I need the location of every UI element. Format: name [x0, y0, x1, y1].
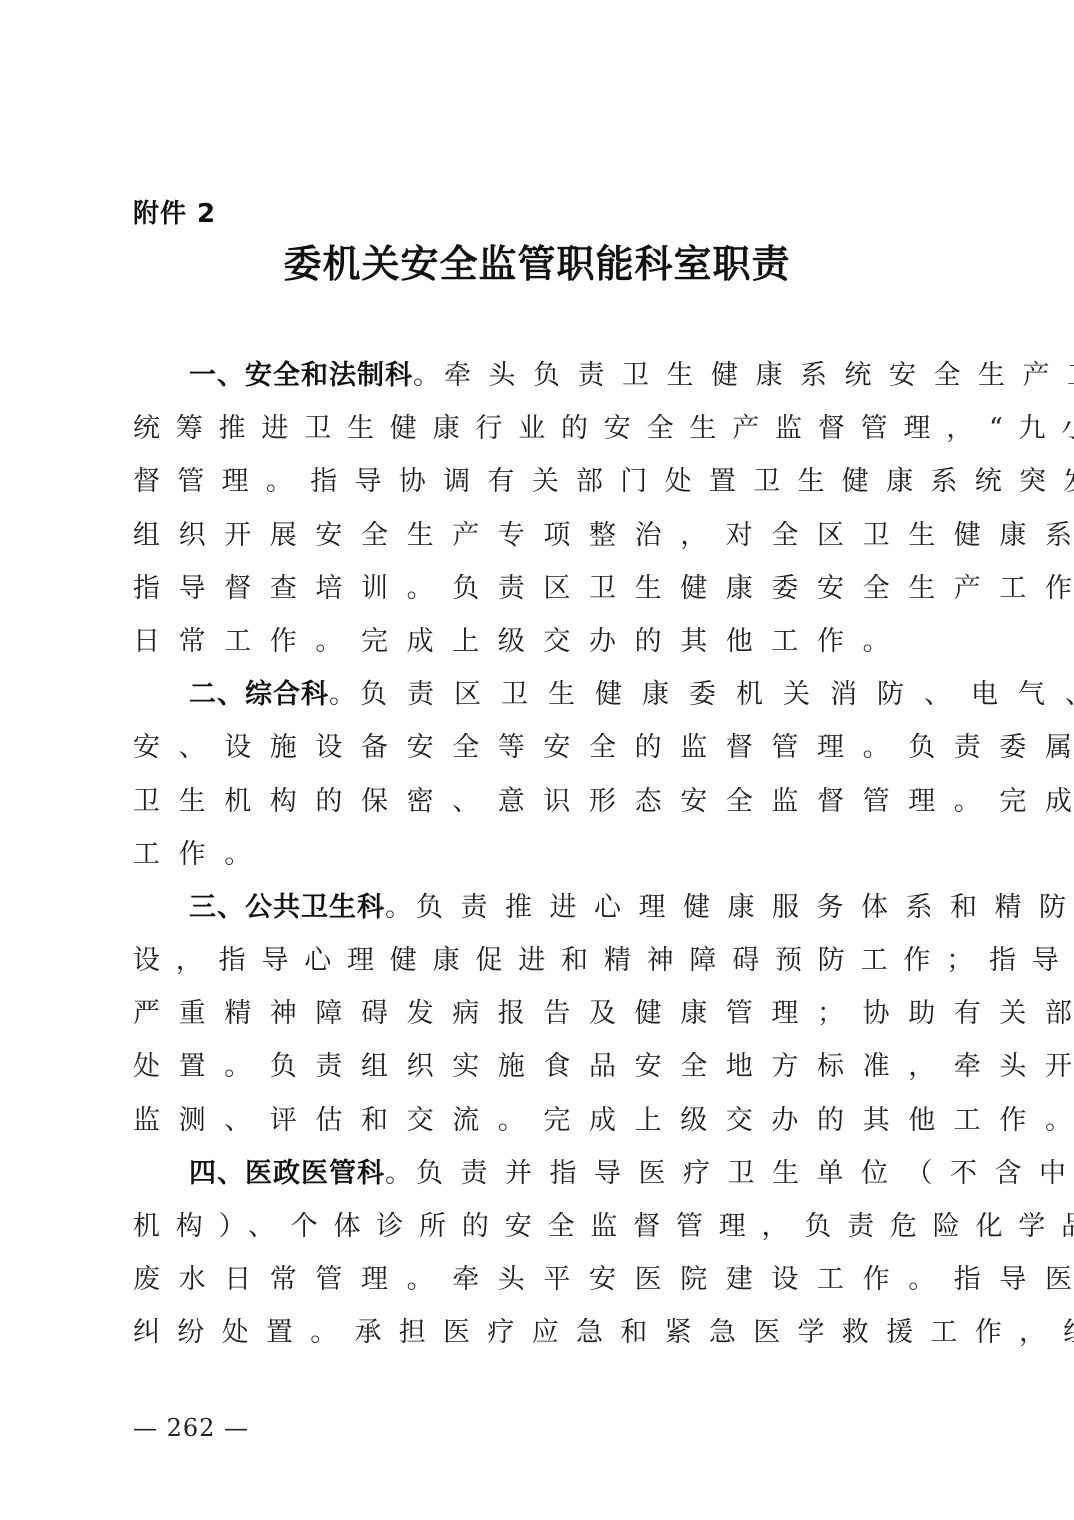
document-page: 附件 2 委机关安全监管职能科室职责 一、安全和法制科。牵头负责卫生健康系统安全… [0, 0, 1074, 1520]
section-1-line-6: 日常工作。完成上级交办的其他工作。 [133, 615, 933, 668]
section-4-line-2: 机构）、个体诊所的安全监督管理，负责危险化学品、医疗废物、 [133, 1200, 933, 1253]
section-3-line-2: 设，指导心理健康促进和精神障碍预防工作；指导精神卫生监测、 [133, 934, 933, 987]
section-1-line-1: 一、安全和法制科。牵头负责卫生健康系统安全生产工作， [133, 349, 933, 402]
section-2-line-3: 卫生机构的保密、意识形态安全监督管理。完成上级交办的其他 [133, 775, 933, 828]
section-heading: 三、公共卫生科 [189, 892, 385, 923]
section-1-line-4: 组织开展安全生产专项整治，对全区卫生健康系统安全生产工作 [133, 509, 933, 562]
section-4-line-4: 纠纷处置。承担医疗应急和紧急医学救援工作，组织编制专项预 [133, 1306, 933, 1359]
section-2-line-1: 二、综合科。负责区卫生健康委机关消防、电气、保密、治 [133, 668, 933, 721]
document-title: 委机关安全监管职能科室职责 [0, 236, 1074, 292]
section-4-line-1: 四、医政医管科。负责并指导医疗卫生单位（不含中医医疗 [133, 1147, 933, 1200]
paragraph-text: 负责推进心理健康服务体系和精防体系建 [416, 892, 1074, 923]
paragraph-text: 牵头负责卫生健康系统安全生产工作， [444, 360, 1074, 391]
heading-punctuation: 。 [329, 679, 360, 710]
section-2-line-4: 工作。 [133, 828, 933, 881]
section-1-line-3: 督管理。指导协调有关部门处置卫生健康系统突发安全稳定事件。 [133, 455, 933, 508]
section-3-line-5: 监测、评估和交流。完成上级交办的其他工作。 [133, 1094, 933, 1147]
paragraph-text: 负责区卫生健康委机关消防、电气、保密、治 [360, 679, 1074, 710]
document-title-text: 委机关安全监管职能科室职责 [283, 236, 790, 292]
section-3-line-3: 严重精神障碍发病报告及健康管理；协助有关部门做好肇事肇祸 [133, 987, 933, 1040]
heading-punctuation: 。 [385, 1158, 416, 1189]
heading-punctuation: 。 [413, 360, 444, 391]
section-1-line-5: 指导督查培训。负责区卫生健康委安全生产工作领导小组办公室 [133, 562, 933, 615]
attachment-label: 附件 2 [133, 196, 216, 232]
section-2-line-2: 安、设施设备安全等安全的监督管理。负责委属单位、基层医疗 [133, 721, 933, 774]
section-heading: 四、医政医管科 [189, 1158, 385, 1189]
section-3-line-1: 三、公共卫生科。负责推进心理健康服务体系和精防体系建 [133, 881, 933, 934]
document-body: 一、安全和法制科。牵头负责卫生健康系统安全生产工作， 统筹推进卫生健康行业的安全… [133, 349, 933, 1360]
paragraph-text: 负责并指导医疗卫生单位（不含中医医疗 [416, 1158, 1074, 1189]
section-3-line-4: 处置。负责组织实施食品安全地方标准，牵头开展食品安全风险 [133, 1040, 933, 1093]
section-heading: 一、安全和法制科 [189, 360, 413, 391]
section-1-line-2: 统筹推进卫生健康行业的安全生产监督管理，“九小场所”安全监 [133, 402, 933, 455]
page-number: — 262 — [133, 1412, 249, 1444]
section-4-line-3: 废水日常管理。牵头平安医院建设工作。指导医疗卫生单位医疗 [133, 1253, 933, 1306]
section-heading: 二、综合科 [189, 679, 329, 710]
heading-punctuation: 。 [385, 892, 416, 923]
